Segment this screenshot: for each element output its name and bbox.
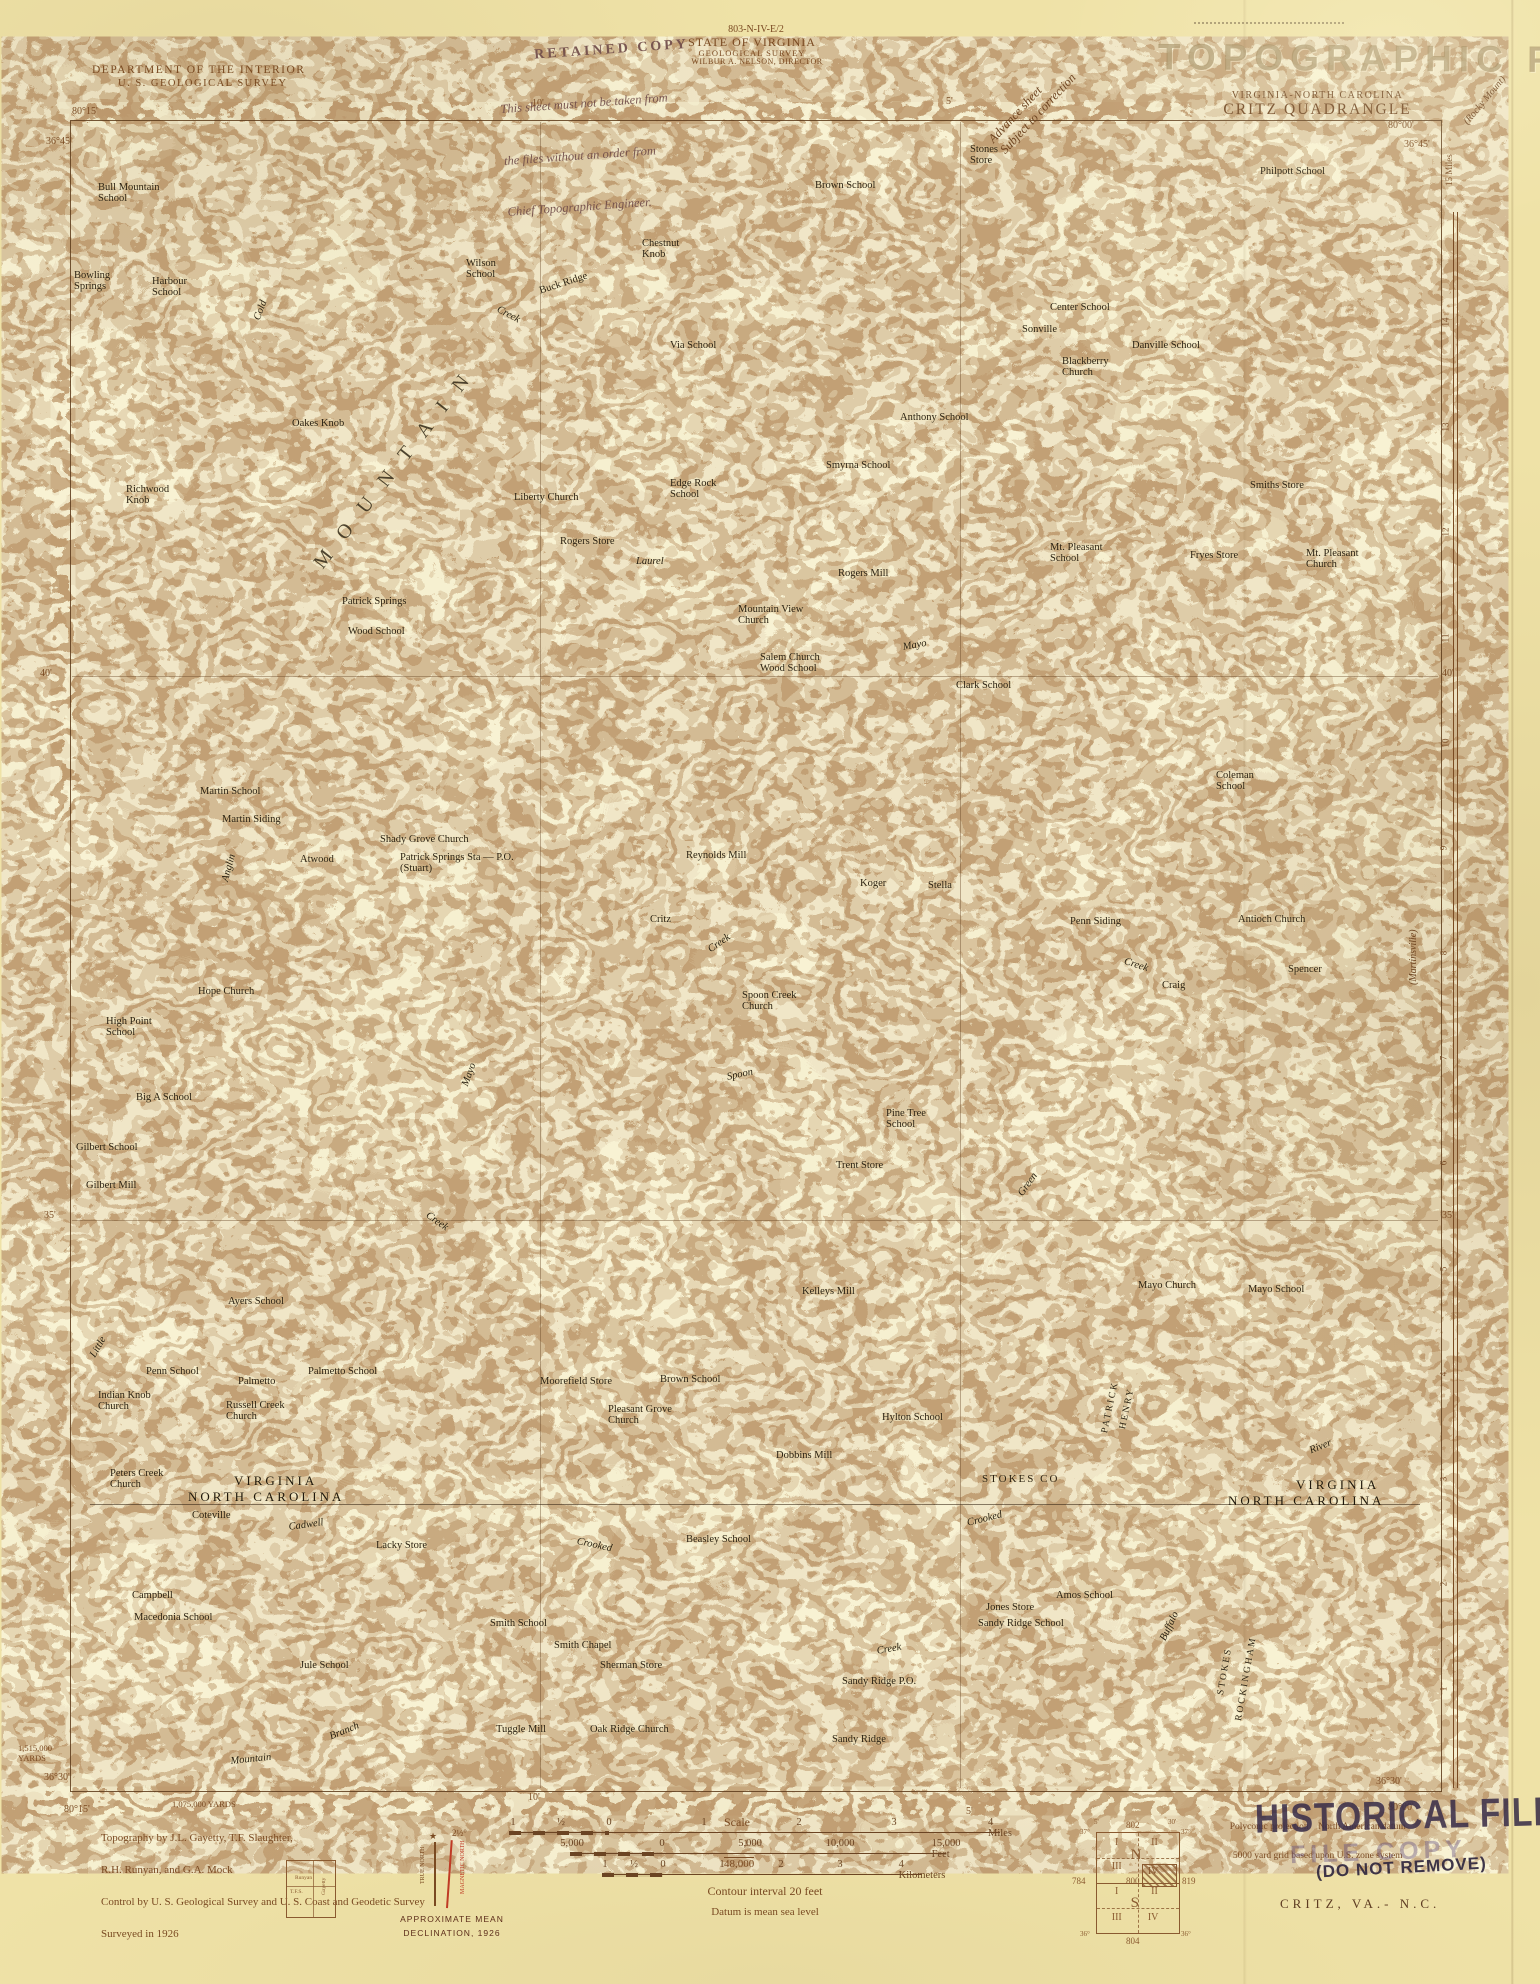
mile-ruler-unit: 15 Miles bbox=[1444, 154, 1454, 186]
index-quadrant: II bbox=[1151, 1837, 1158, 1848]
map-id-label: CRITZ, VA.- N.C. bbox=[1280, 1896, 1440, 1912]
scale-tick-label: 5,000 bbox=[738, 1838, 762, 1849]
map-label: Little bbox=[88, 1335, 109, 1360]
coordinate-label: 36°45' bbox=[1404, 139, 1430, 151]
coordinate-label: 1,515,000 YARDS bbox=[18, 1744, 52, 1764]
index-quadrant: I bbox=[1115, 1886, 1118, 1897]
scale-bar-feet-subdivision bbox=[570, 1852, 662, 1856]
map-label: Creek bbox=[424, 1210, 451, 1233]
map-label: Mountain bbox=[230, 1752, 272, 1768]
datum-note: Datum is mean sea level bbox=[640, 1906, 890, 1918]
map-label: Clark School bbox=[956, 680, 1011, 691]
index-corner-br: 36° bbox=[1181, 1930, 1191, 1938]
index-minute-tr: 30' bbox=[1168, 1818, 1176, 1826]
map-label: Beasley School bbox=[686, 1534, 751, 1545]
map-label: Jule School bbox=[300, 1660, 349, 1671]
map-label: Liberty Church bbox=[514, 492, 578, 503]
map-label: Laurel bbox=[636, 556, 664, 567]
mile-ruler-tick: 6 bbox=[1438, 1161, 1448, 1166]
crew-divider bbox=[313, 1861, 314, 1917]
index-corner-bl: 36° bbox=[1080, 1930, 1090, 1938]
declination-caption-line: APPROXIMATE MEAN bbox=[400, 1914, 504, 1924]
index-quadrant: III bbox=[1112, 1861, 1122, 1872]
map-label: Spoon Creek Church bbox=[742, 990, 797, 1013]
map-label: Creek bbox=[495, 304, 522, 326]
mile-ruler-tick: 10 bbox=[1441, 739, 1451, 748]
scale-tick-label: 0 bbox=[660, 1859, 665, 1870]
map-label: Smyrna School bbox=[826, 460, 890, 471]
map-label: Danville School bbox=[1132, 340, 1200, 351]
index-south: S bbox=[1131, 1895, 1139, 1912]
mile-ruler-tick: 13 bbox=[1441, 423, 1451, 432]
map-label: Salem Church Wood School bbox=[760, 652, 820, 675]
map-label: Palmetto School bbox=[308, 1366, 377, 1377]
coordinate-label: 10' bbox=[528, 1792, 540, 1804]
map-label: Atwood bbox=[300, 854, 334, 865]
map-label: Penn School bbox=[146, 1366, 199, 1377]
map-label: Oakes Knob bbox=[292, 418, 344, 429]
map-label: Peters Creek Church bbox=[110, 1468, 163, 1491]
map-label: Critz bbox=[650, 914, 671, 925]
topographic-file-stamp: TOPOGRAPHIC FILE bbox=[1158, 36, 1540, 81]
map-label: Mt. Pleasant Church bbox=[1306, 548, 1359, 571]
map-label: Spencer bbox=[1288, 964, 1322, 975]
map-label: Mayo bbox=[460, 1062, 479, 1088]
index-sheet-left: 784 bbox=[1072, 1876, 1086, 1886]
scale-tick-label: ½ bbox=[557, 1817, 565, 1828]
map-label: HENRY bbox=[1118, 1387, 1137, 1430]
map-label: Buck Ridge bbox=[538, 271, 589, 297]
map-label: Sandy Ridge School bbox=[978, 1618, 1064, 1629]
coordinate-label: 5' bbox=[946, 96, 953, 108]
map-label: Crooked bbox=[966, 1509, 1003, 1529]
map-label: Ayers School bbox=[228, 1296, 284, 1307]
index-quadrant: I bbox=[1115, 1837, 1118, 1848]
map-label: Buffalo bbox=[1158, 1610, 1181, 1643]
map-label: River bbox=[1308, 1437, 1333, 1456]
map-label: Fryes Store bbox=[1190, 550, 1238, 561]
map-label: Martin Siding bbox=[222, 814, 281, 825]
crew-name: Runyan bbox=[295, 1875, 312, 1881]
contour-interval-note: Contour interval 20 feet bbox=[640, 1884, 890, 1899]
scale-tick-label: 3 bbox=[837, 1859, 842, 1870]
mile-ruler-tick: 8 bbox=[1438, 951, 1448, 956]
map-label: Edge Rock School bbox=[670, 478, 716, 501]
declination-caption: APPROXIMATE MEAN DECLINATION, 1926 bbox=[352, 1912, 552, 1941]
credit-line: Surveyed in 1926 bbox=[101, 1928, 179, 1940]
scale-tick-label: 1 bbox=[719, 1859, 724, 1870]
map-label: Anthony School bbox=[900, 412, 969, 423]
crew-divider bbox=[287, 1886, 335, 1887]
map-label: Russell Creek Church bbox=[226, 1400, 285, 1423]
map-label: Indian Knob Church bbox=[98, 1390, 151, 1413]
map-label: Branch bbox=[328, 1720, 361, 1742]
index-sheet-top: 802 bbox=[1126, 1820, 1140, 1830]
dotted-mark bbox=[1194, 22, 1344, 24]
map-label: Creek bbox=[1122, 956, 1149, 974]
map-label: Tuggle Mill bbox=[496, 1724, 546, 1735]
index-minute-tl: 5' bbox=[1094, 1818, 1099, 1826]
map-label: Crooked bbox=[576, 1536, 613, 1555]
map-label: NORTH CAROLINA bbox=[1228, 1494, 1384, 1508]
index-corner-tr: 37° bbox=[1181, 1828, 1191, 1836]
map-label: Kelleys Mill bbox=[802, 1286, 855, 1297]
map-label: Spoon bbox=[726, 1067, 754, 1084]
declination-angle: 2½° bbox=[452, 1828, 467, 1838]
map-label: Patrick Springs Sta — P.O. (Stuart) bbox=[400, 852, 514, 875]
coordinate-label: 36°45' bbox=[46, 136, 72, 148]
map-label: Coteville bbox=[192, 1510, 231, 1521]
map-label: Moorefield Store bbox=[540, 1376, 612, 1387]
map-label: Hylton School bbox=[882, 1412, 943, 1423]
map-label: Shady Grove Church bbox=[380, 834, 469, 845]
region-title: VIRGINIA-NORTH CAROLINA bbox=[1205, 90, 1430, 101]
map-label: Penn Siding bbox=[1070, 916, 1121, 927]
index-sheet-right: 819 bbox=[1182, 1876, 1196, 1886]
mile-ruler-line bbox=[1453, 212, 1458, 1788]
scale-tick-label: 0 bbox=[659, 1838, 664, 1849]
scale-tick-label: 4 Kilometers bbox=[899, 1859, 946, 1881]
scale-tick-label: 4 Miles bbox=[988, 1817, 1012, 1839]
true-north-line bbox=[434, 1842, 436, 1906]
mile-ruler-tick: 12 bbox=[1441, 528, 1451, 537]
scale-tick-label: 0 bbox=[606, 1817, 611, 1828]
quadrangle-title: CRITZ QUADRANGLE bbox=[1190, 101, 1445, 119]
map-label: Hope Church bbox=[198, 986, 254, 997]
mile-ruler-tick: 5 bbox=[1438, 1267, 1448, 1272]
retained-copy-line: the files without an order from bbox=[504, 138, 735, 170]
map-label: Blackberry Church bbox=[1062, 356, 1109, 379]
declination-caption-line: DECLINATION, 1926 bbox=[403, 1928, 500, 1938]
map-label: Brown School bbox=[660, 1374, 720, 1385]
map-label: Wood School bbox=[348, 626, 405, 637]
index-quadrant: IV bbox=[1148, 1912, 1159, 1923]
map-label: Richwood Knob bbox=[126, 484, 169, 507]
survey-crew-diagram: Runyan T.F.S. Gayetty bbox=[286, 1860, 336, 1918]
map-label: Bull Mountain School bbox=[98, 182, 160, 205]
scale-denominator: 48,000 bbox=[724, 1857, 754, 1870]
index-sheet-bottom: 804 bbox=[1126, 1936, 1140, 1946]
map-label: Mt. Pleasant School bbox=[1050, 542, 1103, 565]
map-label: Brown School bbox=[815, 180, 875, 191]
map-label: Pine Tree School bbox=[886, 1108, 926, 1131]
map-label: Pleasant Grove Church bbox=[608, 1404, 672, 1427]
map-label: Via School bbox=[670, 340, 716, 351]
coordinate-label: 35' bbox=[44, 1210, 56, 1222]
map-label: Smith School bbox=[490, 1618, 547, 1629]
map-label: Sherman Store bbox=[600, 1660, 662, 1671]
credit-line: Control by U. S. Geological Survey and U… bbox=[101, 1896, 425, 1908]
map-label: VIRGINIA bbox=[234, 1474, 317, 1488]
crew-name: T.F.S. bbox=[290, 1889, 303, 1895]
true-north-label: TRUE NORTH bbox=[420, 1847, 426, 1884]
coordinate-label: 5' bbox=[966, 1806, 973, 1818]
retained-copy-title: RETAINED COPY bbox=[496, 34, 727, 66]
map-label: Mayo School bbox=[1248, 1284, 1304, 1295]
map-label: Martin School bbox=[200, 786, 260, 797]
map-label: Mayo bbox=[902, 638, 928, 653]
map-label: Harbour School bbox=[152, 276, 187, 299]
map-label: Jones Store bbox=[986, 1602, 1034, 1613]
map-label: Mayo Church bbox=[1138, 1280, 1196, 1291]
map-label: Patrick Springs bbox=[342, 596, 406, 607]
true-north-star-icon: ★ bbox=[429, 1831, 437, 1842]
scale-tick-label: 15,000 Feet bbox=[932, 1838, 961, 1860]
coordinate-label: 36°30' bbox=[44, 1772, 70, 1784]
map-label: Creek bbox=[706, 932, 733, 955]
scale-tick-label: 1 bbox=[701, 1817, 706, 1828]
mile-ruler-tick: 3 bbox=[1438, 1477, 1448, 1482]
scale-tick-label: 2 bbox=[796, 1817, 801, 1828]
map-label: Cadwell bbox=[288, 1517, 324, 1533]
index-sheet-center: 800 bbox=[1126, 1876, 1140, 1886]
index-quadrant: IV bbox=[1148, 1866, 1159, 1877]
mile-ruler-tick: 4 bbox=[1438, 1372, 1448, 1377]
map-label: ROCKINGHAM bbox=[1234, 1636, 1259, 1722]
scale-tick-label: 5,000 bbox=[560, 1838, 584, 1849]
map-label: High Point School bbox=[106, 1016, 152, 1039]
map-label: STOKES CO bbox=[982, 1474, 1059, 1486]
map-label: STOKES bbox=[1216, 1647, 1234, 1696]
coordinate-label: 80°15' bbox=[72, 106, 98, 118]
scale-tick-label: 2 bbox=[778, 1859, 783, 1870]
map-label: Big A School bbox=[136, 1092, 192, 1103]
index-corner-tl: 37° bbox=[1080, 1828, 1090, 1836]
adjoining-sheet-label-e: (Martinsville) bbox=[1408, 929, 1419, 985]
index-quadrant: II bbox=[1151, 1886, 1158, 1897]
map-label: Dobbins Mill bbox=[776, 1450, 832, 1461]
scale-tick-label: 3 bbox=[891, 1817, 896, 1828]
map-label: Stones Store bbox=[970, 144, 998, 167]
mile-ruler-tick: 9 bbox=[1438, 846, 1448, 851]
map-label: NORTH CAROLINA bbox=[188, 1490, 344, 1504]
map-label: Campbell bbox=[132, 1590, 173, 1601]
map-label: Philpott School bbox=[1260, 166, 1325, 177]
credit-line: R.H. Runyan, and G.A. Mock bbox=[101, 1864, 233, 1876]
map-label: Gilbert School bbox=[76, 1142, 138, 1153]
map-label: Rogers Mill bbox=[838, 568, 888, 579]
credit-line: Topography by J.L. Gayetty, T.F. Slaught… bbox=[101, 1832, 293, 1844]
coordinate-label: 36°30' bbox=[1376, 1776, 1402, 1788]
coordinate-label: 40' bbox=[40, 668, 52, 680]
scale-tick-label: ½ bbox=[630, 1859, 638, 1870]
map-label: Sandy Ridge P.O. bbox=[842, 1676, 916, 1687]
map-label: Palmetto bbox=[238, 1376, 275, 1387]
map-label: Craig bbox=[1162, 980, 1185, 991]
map-label: Wilson School bbox=[466, 258, 496, 281]
retained-copy-line: Chief Topographic Engineer. bbox=[507, 189, 738, 221]
scale-tick-label: 1 bbox=[510, 1817, 515, 1828]
scale-tick-label: 10,000 bbox=[826, 1838, 855, 1849]
index-north: N bbox=[1131, 1847, 1142, 1864]
crew-name: Gayetty bbox=[321, 1878, 327, 1895]
agency-line: U. S. GEOLOGICAL SURVEY bbox=[118, 78, 287, 89]
topographic-map-sheet: Bull Mountain SchoolBrown SchoolStones S… bbox=[0, 0, 1540, 1984]
magnetic-north-label: MAGNETIC NORTH bbox=[460, 1841, 466, 1894]
map-label: Trent Store bbox=[836, 1160, 883, 1171]
mile-ruler-tick: 11 bbox=[1440, 634, 1450, 643]
mile-ruler-tick: 14 bbox=[1441, 318, 1451, 327]
map-label: Anglin bbox=[220, 853, 238, 883]
mile-ruler-tick: 1 bbox=[1438, 1687, 1448, 1692]
coordinate-label: 80°00' bbox=[1388, 120, 1414, 132]
map-label: Amos School bbox=[1056, 1590, 1113, 1601]
retained-copy-line: This sheet must not be taken from bbox=[500, 86, 731, 118]
retained-copy-stamp: RETAINED COPY This sheet must not be tak… bbox=[494, 0, 740, 257]
scale-word: Scale bbox=[724, 1815, 750, 1829]
map-label: Coleman School bbox=[1216, 770, 1254, 793]
map-label: Center School bbox=[1050, 302, 1110, 313]
map-label: Rogers Store bbox=[560, 536, 615, 547]
magnetic-north-line bbox=[446, 1840, 452, 1908]
scale-bar-miles-subdivision bbox=[509, 1831, 609, 1835]
map-label: Sonville bbox=[1022, 324, 1057, 335]
scale-bar-kilometers-subdivision bbox=[602, 1873, 663, 1877]
coordinate-label: 1,075,000 YARDS bbox=[172, 1800, 236, 1810]
index-quadrant: III bbox=[1112, 1912, 1122, 1923]
historical-files-stamp: HISTORICAL FILES bbox=[1254, 1788, 1540, 1843]
map-label: Smiths Store bbox=[1250, 480, 1304, 491]
map-label: Mountain View Church bbox=[738, 604, 803, 627]
map-label: Koger bbox=[860, 878, 886, 889]
map-label: M O U N T A I N bbox=[310, 366, 478, 573]
map-label: Bowling Springs bbox=[74, 270, 110, 293]
map-label: Macedonia School bbox=[134, 1612, 212, 1623]
map-label: VIRGINIA bbox=[1296, 1478, 1379, 1492]
scale-tick-label: 1 bbox=[602, 1859, 607, 1870]
coordinate-label: 80°15' bbox=[64, 1804, 90, 1816]
map-label: Sandy Ridge bbox=[832, 1734, 886, 1745]
map-label: Cold bbox=[252, 299, 270, 322]
map-label-layer: Bull Mountain SchoolBrown SchoolStones S… bbox=[70, 120, 1440, 1790]
mile-ruler-tick: 2 bbox=[1438, 1582, 1448, 1587]
map-label: Oak Ridge Church bbox=[590, 1724, 669, 1735]
map-label: Stella bbox=[928, 880, 952, 891]
department-line: DEPARTMENT OF THE INTERIOR bbox=[92, 64, 305, 76]
map-label: Lacky Store bbox=[376, 1540, 427, 1551]
map-label: Green bbox=[1016, 1171, 1040, 1199]
map-label: Reynolds Mill bbox=[686, 850, 746, 861]
map-label: Antioch Church bbox=[1238, 914, 1305, 925]
map-label: Gilbert Mill bbox=[86, 1180, 136, 1191]
map-label: Smith Chapel bbox=[554, 1640, 611, 1651]
mile-ruler-tick: 7 bbox=[1438, 1056, 1448, 1061]
map-label: Creek bbox=[876, 1642, 902, 1657]
